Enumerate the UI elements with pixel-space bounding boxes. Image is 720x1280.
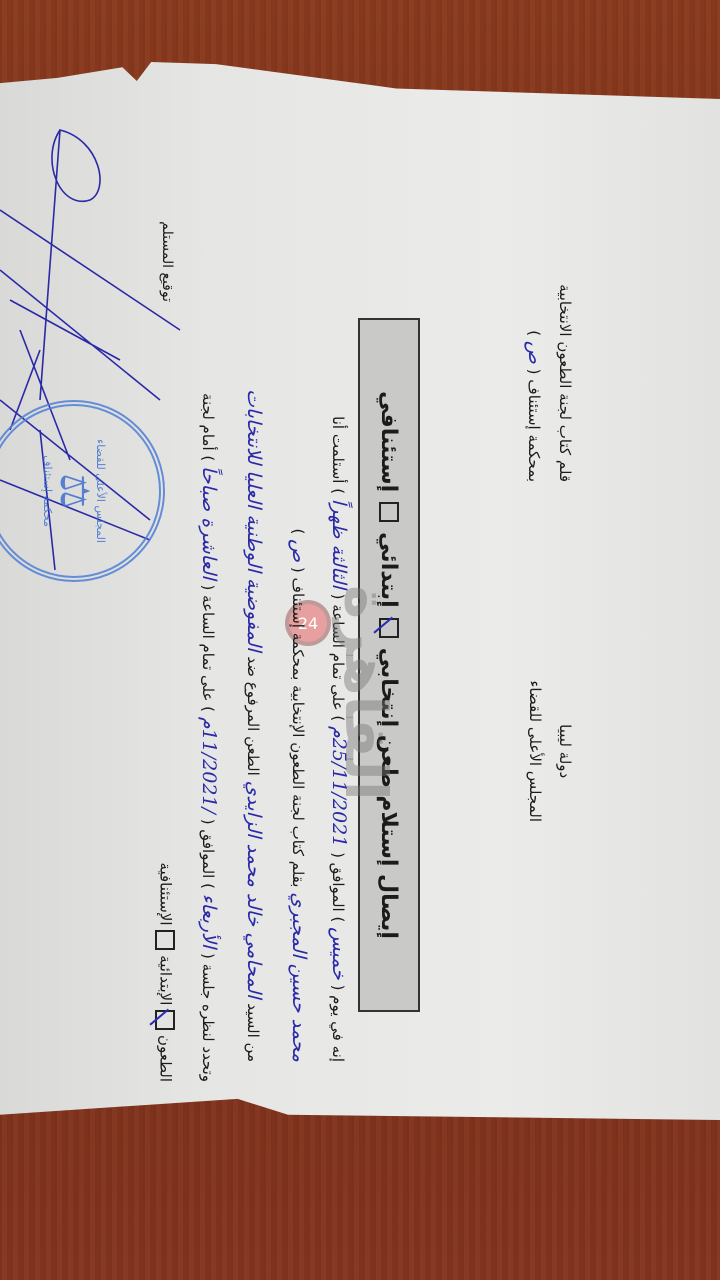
appeal-checkbox[interactable] <box>379 502 399 522</box>
council-name: المجلس الأعلى للقضاء <box>520 680 550 822</box>
receipt-line-hearing: وتحدد لنظره جلسة ( الأربعاء ) الموافق ( … <box>198 393 220 1082</box>
receipt-line-committee: الطعون الإبتدائية الإستئنافية <box>155 862 175 1082</box>
appeal-label: إستئنافي <box>377 391 402 492</box>
scales-of-justice-icon: ⚖ <box>54 439 94 543</box>
country-name: دولة ليبيا <box>550 680 580 822</box>
respondent-name: المفوضية الوطنية العليا للانتخابات <box>243 389 265 652</box>
day-field: خميس <box>328 927 350 980</box>
registry-name: قلم كتاب لجنة الطعون الانتخابية <box>550 284 580 482</box>
court-line: بمحكمة إستئناف ( ص ) <box>519 284 550 482</box>
court-handwritten: ص <box>524 341 546 364</box>
stamp-inner-text: محكمة إستئناف <box>41 439 54 543</box>
appellant-name: المحامي خالد محمد الزايدي <box>243 781 265 999</box>
hearing-time: العاشرة صباحاً <box>198 466 220 580</box>
receiver-name: محمد حسين المجبري <box>288 892 310 1062</box>
watermark-logo: القاهرة <box>332 585 400 801</box>
header-issuer: دولة ليبيا المجلس الأعلى للقضاء <box>520 680 580 822</box>
time-field: الثالثة ظهراً <box>328 499 350 589</box>
hearing-date: /11/2021م <box>198 717 220 814</box>
committee-appeal-checkbox[interactable] <box>155 930 175 950</box>
signature-label: توقيع المستلم <box>159 221 175 302</box>
receipt-line-receiver: محمد حسين المجبري بقلم كتاب لجنة الطعون … <box>288 528 310 1062</box>
court-field: ص <box>288 539 310 562</box>
header-registry: قلم كتاب لجنة الطعون الانتخابية بمحكمة إ… <box>519 284 580 482</box>
court-stamp: المجلس الأعلى للقضاء ⚖ محكمة إستئناف <box>0 400 165 582</box>
receipt-line-parties: من السيد المحامي خالد محمد الزايدي الطعن… <box>243 389 265 1062</box>
committee-primary-checkbox[interactable] <box>155 1010 175 1030</box>
hearing-day: الأربعاء <box>198 894 220 948</box>
